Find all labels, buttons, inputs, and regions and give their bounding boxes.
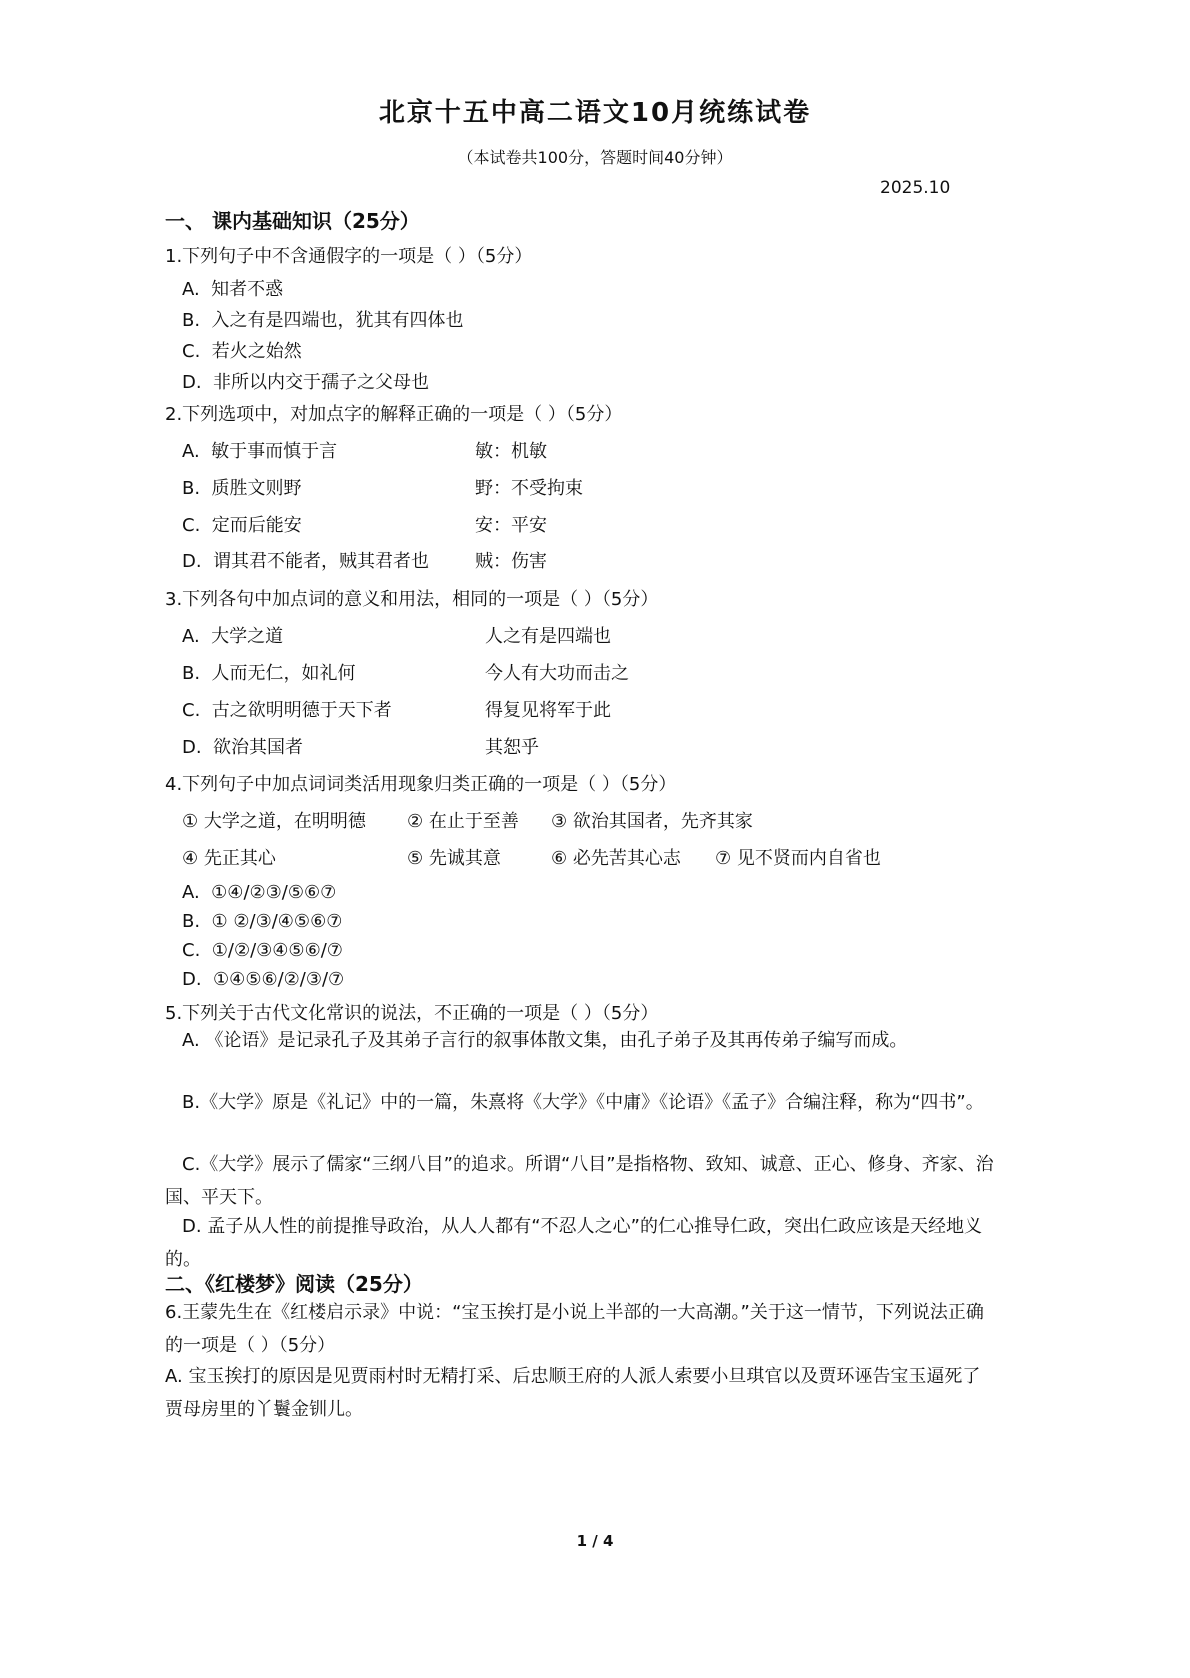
section-1-heading: 一、 课内基础知识（25分） <box>165 205 420 234</box>
q2-option-c: C. 定而后能安 <box>182 511 302 537</box>
exam-title: 北京十五中高二语文10月统练试卷 <box>0 92 1190 129</box>
question-5-stem: 5.下列关于古代文化常识的说法，不正确的一项是（ ）（5分） <box>165 999 658 1025</box>
q2-option-a-gloss: 敏：机敏 <box>475 437 547 463</box>
q1-option-c: C. 若火之始然 <box>182 337 302 363</box>
q4-item-1: ① 大学之道，在明明德 <box>182 807 366 833</box>
exam-page: 北京十五中高二语文10月统练试卷 （本试卷共100分，答题时间40分钟） 202… <box>0 0 1190 1678</box>
q4-option-b: B. ① ②/③/④⑤⑥⑦ <box>182 911 342 932</box>
q4-option-c: C. ①/②/③④⑤⑥/⑦ <box>182 940 343 961</box>
q3-option-a: A. 大学之道 <box>182 622 283 648</box>
q4-item-6: ⑥ 必先苦其心志 <box>551 844 681 870</box>
q3-option-c: C. 古之欲明明德于天下者 <box>182 696 392 722</box>
q2-option-b: B. 质胜文则野 <box>182 474 302 500</box>
q4-item-2: ② 在止于至善 <box>407 807 519 833</box>
q5-option-a: A. 《论语》是记录孔子及其弟子言行的叙事体散文集，由孔子弟子及其再传弟子编写而… <box>165 1024 995 1057</box>
q4-item-5: ⑤ 先诚其意 <box>407 844 501 870</box>
q3-option-c-right: 得复见将军于此 <box>485 696 611 722</box>
question-3-stem: 3.下列各句中加点词的意义和用法，相同的一项是（ ）（5分） <box>165 585 658 611</box>
q5-option-c: C.《大学》展示了儒家“三纲八目”的追求。所谓“八目”是指格物、致知、诚意、正心… <box>165 1148 995 1214</box>
question-6-stem: 6.王蒙先生在《红楼启示录》中说：“宝玉挨打是小说上半部的一大高潮。”关于这一情… <box>165 1296 995 1362</box>
q2-option-d-gloss: 贼：伤害 <box>475 547 547 573</box>
exam-subtitle: （本试卷共100分，答题时间40分钟） <box>0 145 1190 168</box>
q3-option-a-right: 人之有是四端也 <box>485 622 611 648</box>
q2-option-b-gloss: 野：不受拘束 <box>475 474 583 500</box>
q3-option-b: B. 人而无仁，如礼何 <box>182 659 356 685</box>
q4-item-7: ⑦ 见不贤而内自省也 <box>715 844 881 870</box>
exam-date: 2025.10 <box>880 178 950 198</box>
q2-option-c-gloss: 安：平安 <box>475 511 547 537</box>
q1-option-d: D. 非所以内交于孺子之父母也 <box>182 368 429 394</box>
q3-option-b-right: 今人有大功而击之 <box>485 659 629 685</box>
page-number: 1 / 4 <box>0 1532 1190 1550</box>
section-2-heading: 二、《红楼梦》阅读（25分） <box>165 1268 423 1297</box>
q4-item-4: ④ 先正其心 <box>182 844 276 870</box>
q3-option-d-right: 其恕乎 <box>485 733 539 759</box>
q5-option-b: B.《大学》原是《礼记》中的一篇，朱熹将《大学》《中庸》《论语》《孟子》合编注释… <box>165 1086 995 1119</box>
q5-option-d: D. 孟子从人性的前提推导政治，从人人都有“不忍人之心”的仁心推导仁政，突出仁政… <box>165 1210 995 1276</box>
question-1-stem: 1.下列句子中不含通假字的一项是（ ）（5分） <box>165 242 532 268</box>
q3-option-d: D. 欲治其国者 <box>182 733 303 759</box>
q4-item-3: ③ 欲治其国者，先齐其家 <box>551 807 753 833</box>
q6-option-a: A. 宝玉挨打的原因是见贾雨村时无精打采、后忠顺王府的人派人索要小旦琪官以及贾环… <box>165 1360 995 1426</box>
q2-option-d: D. 谓其君不能者，贼其君者也 <box>182 547 429 573</box>
q4-option-a: A. ①④/②③/⑤⑥⑦ <box>182 882 336 903</box>
q2-option-a: A. 敏于事而慎于言 <box>182 437 337 463</box>
q1-option-a: A. 知者不惑 <box>182 275 283 301</box>
question-4-stem: 4.下列句子中加点词词类活用现象归类正确的一项是（ ）（5分） <box>165 770 676 796</box>
q1-option-b: B. 入之有是四端也，犹其有四体也 <box>182 306 464 332</box>
question-2-stem: 2.下列选项中，对加点字的解释正确的一项是（ ）（5分） <box>165 400 622 426</box>
q4-option-d: D. ①④⑤⑥/②/③/⑦ <box>182 969 344 990</box>
